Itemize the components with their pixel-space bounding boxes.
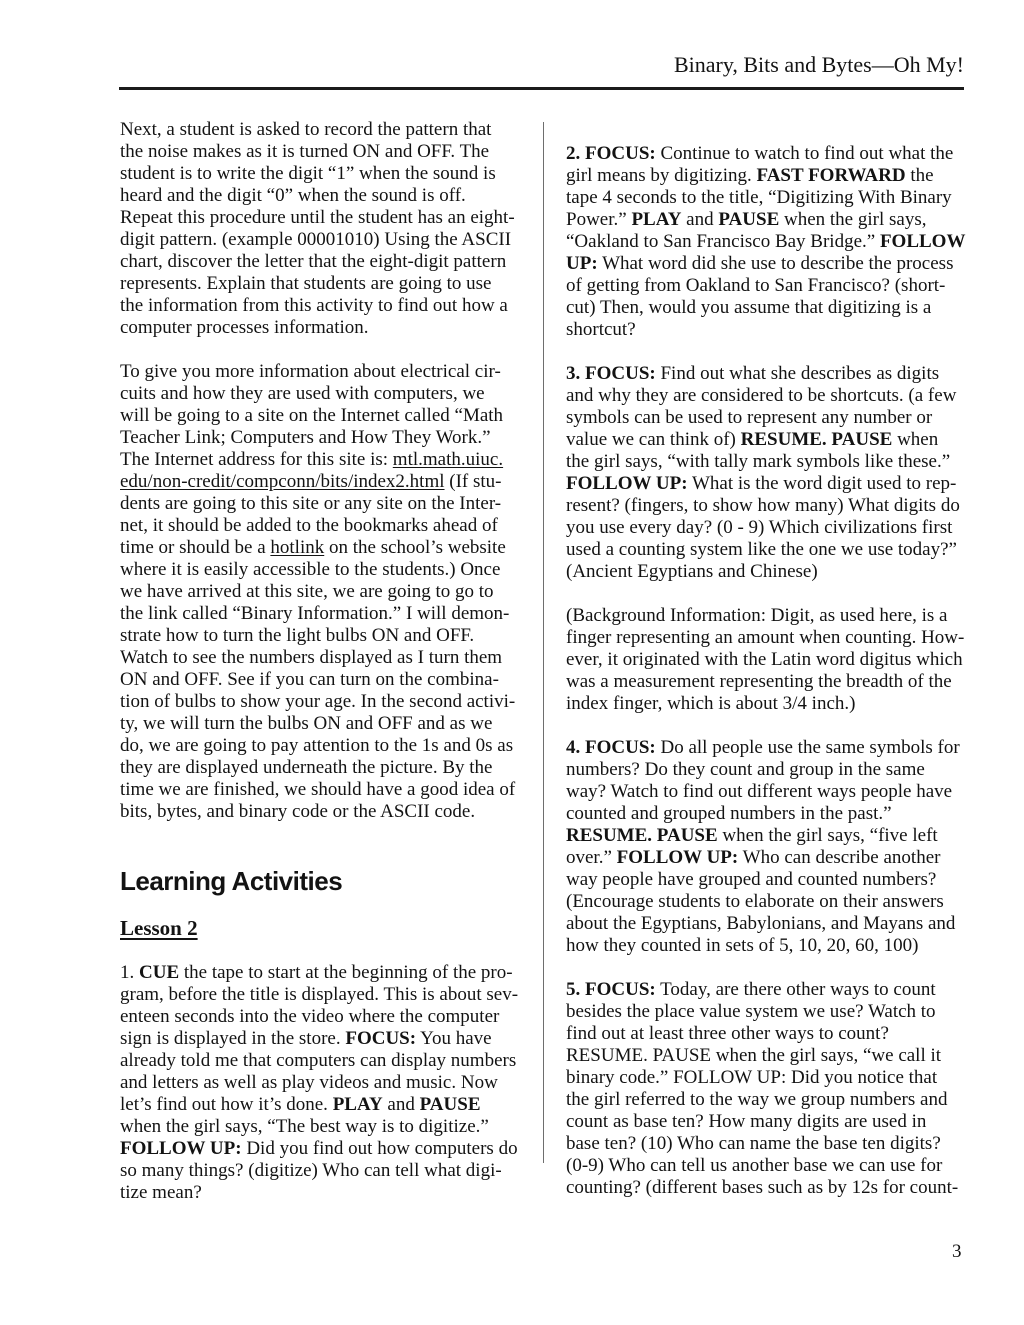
text-run: index finger, which is about 3/4 inch.)	[566, 693, 855, 714]
text-line: (Encourage students to elaborate on thei…	[566, 891, 976, 913]
text-run: Who can describe another	[738, 847, 940, 868]
text-line: counted and grouped numbers in the past.…	[566, 803, 976, 825]
bold-text-run: 4. FOCUS:	[566, 737, 656, 758]
text-line: ever, it originated with the Latin word …	[566, 649, 976, 671]
text-line: and why they are considered to be shortc…	[566, 385, 976, 407]
text-run: girl means by digitizing.	[566, 165, 757, 186]
text-line: 1. CUE the tape to start at the beginnin…	[120, 962, 544, 984]
text-run: when the girl says, “five left	[718, 825, 938, 846]
text-run: time we are finished, we should have a g…	[120, 779, 515, 800]
text-run: we have arrived at this site, we are goi…	[120, 581, 494, 602]
text-run: finger representing an amount when count…	[566, 627, 964, 648]
text-line: Repeat this procedure until the student …	[120, 207, 544, 229]
text-line: gram, before the title is displayed. Thi…	[120, 984, 544, 1006]
text-line: time we are finished, we should have a g…	[120, 779, 544, 801]
text-run: enteen seconds into the video where the …	[120, 1006, 499, 1027]
text-run: tape 4 seconds to the title, “Digitizing…	[566, 187, 952, 208]
text-run: besides the place value system we use? W…	[566, 1001, 936, 1022]
text-run: Today, are there other ways to count	[656, 979, 936, 1000]
text-run: the noise makes as it is turned ON and O…	[120, 141, 489, 162]
text-line: they are displayed underneath the pictur…	[120, 757, 544, 779]
text-line: symbols can be used to represent any num…	[566, 407, 976, 429]
text-run: let’s find out how it’s done.	[120, 1094, 333, 1115]
text-run: symbols can be used to represent any num…	[566, 407, 932, 428]
text-run: the girl referred to the way we group nu…	[566, 1089, 947, 1110]
text-run: cuits and how they are used with compute…	[120, 383, 485, 404]
text-run: dents are going to this site or any site…	[120, 493, 501, 514]
text-line: enteen seconds into the video where the …	[120, 1006, 544, 1028]
text-line: let’s find out how it’s done. PLAY and P…	[120, 1094, 544, 1116]
text-run: when the girl says,	[779, 209, 926, 230]
bold-text-run: FOLLOW	[880, 231, 966, 252]
text-line: find out at least three other ways to co…	[566, 1023, 976, 1045]
text-run: and why they are considered to be shortc…	[566, 385, 956, 406]
bold-text-run: RESUME. PAUSE	[741, 429, 893, 450]
text-run: the tape to start at the beginning of th…	[179, 962, 512, 983]
bold-text-run: RESUME. PAUSE	[566, 825, 718, 846]
bold-text-run: FOLLOW UP:	[617, 847, 739, 868]
text-line: tape 4 seconds to the title, “Digitizing…	[566, 187, 976, 209]
text-line: sign is displayed in the store. FOCUS: Y…	[120, 1028, 544, 1050]
text-run: numbers? Do they count and group in the …	[566, 759, 925, 780]
text-run: Do all people use the same symbols for	[656, 737, 960, 758]
paragraph: 4. FOCUS: Do all people use the same sym…	[566, 737, 976, 957]
bold-text-run: FOLLOW UP:	[120, 1138, 242, 1159]
text-line: counting? (different bases such as by 12…	[566, 1177, 976, 1199]
bold-text-run: FAST FORWARD	[757, 165, 906, 186]
bold-text-run: UP:	[566, 253, 598, 274]
text-run: Watch to see the numbers displayed as I …	[120, 647, 502, 668]
text-line: net, it should be added to the bookmarks…	[120, 515, 544, 537]
text-run: What word did she use to describe the pr…	[598, 253, 954, 274]
text-run: net, it should be added to the bookmarks…	[120, 515, 498, 536]
text-run: RESUME. PAUSE when the girl says, “we ca…	[566, 1045, 941, 1066]
text-line: when the girl says, “The best way is to …	[120, 1116, 544, 1138]
text-line: so many things? (digitize) Who can tell …	[120, 1160, 544, 1182]
bold-text-run: PLAY	[631, 209, 681, 230]
text-run: will be going to a site on the Internet …	[120, 405, 503, 426]
text-line: way people have grouped and counted numb…	[566, 869, 976, 891]
text-line: resent? (fingers, to show how many) What…	[566, 495, 976, 517]
text-run: on the school’s website	[324, 537, 506, 558]
text-run: base ten? (10) Who can name the base ten…	[566, 1133, 941, 1154]
url-text: hotlink	[270, 537, 324, 558]
text-run: To give you more information about elect…	[120, 361, 501, 382]
text-run: shortcut?	[566, 319, 636, 340]
text-line: ty, we will turn the bulbs ON and OFF an…	[120, 713, 544, 735]
text-line: Teacher Link; Computers and How They Wor…	[120, 427, 544, 449]
text-line: and letters as well as play videos and m…	[120, 1072, 544, 1094]
text-run: heard and the digit “0” when the sound i…	[120, 185, 466, 206]
paragraph: 1. CUE the tape to start at the beginnin…	[120, 962, 544, 1204]
text-run: and	[681, 209, 718, 230]
bold-text-run: PAUSE	[420, 1094, 481, 1115]
text-line: Watch to see the numbers displayed as I …	[120, 647, 544, 669]
text-line: numbers? Do they count and group in the …	[566, 759, 976, 781]
text-line: way? Watch to find out different ways pe…	[566, 781, 976, 803]
text-run: of getting from Oakland to San Francisco…	[566, 275, 945, 296]
text-line: RESUME. PAUSE when the girl says, “five …	[566, 825, 976, 847]
text-line: the noise makes as it is turned ON and O…	[120, 141, 544, 163]
text-line: index finger, which is about 3/4 inch.)	[566, 693, 976, 715]
text-run: You have	[416, 1028, 491, 1049]
text-line: 4. FOCUS: Do all people use the same sym…	[566, 737, 976, 759]
text-line: UP: What word did she use to describe th…	[566, 253, 976, 275]
paragraph: (Background Information: Digit, as used …	[566, 605, 976, 715]
text-line: used a counting system like the one we u…	[566, 539, 976, 561]
text-line: where it is easily accessible to the stu…	[120, 559, 544, 581]
text-run: tion of bulbs to show your age. In the s…	[120, 691, 515, 712]
text-run: you use every day? (0 - 9) Which civiliz…	[566, 517, 952, 538]
text-line: 2. FOCUS: Continue to watch to find out …	[566, 143, 976, 165]
text-run: represents. Explain that students are go…	[120, 273, 491, 294]
text-run: Did you find out how computers do	[242, 1138, 518, 1159]
text-run: ON and OFF. See if you can turn on the c…	[120, 669, 499, 690]
right-column: 2. FOCUS: Continue to watch to find out …	[566, 143, 976, 1221]
text-run: the information from this activity to fi…	[120, 295, 508, 316]
text-run: (If stu-	[445, 471, 502, 492]
text-line: count as base ten? How many digits are u…	[566, 1111, 976, 1133]
text-line: computer processes information.	[120, 317, 544, 339]
text-run: when the girl says, “The best way is to …	[120, 1116, 489, 1137]
bold-text-run: PLAY	[333, 1094, 383, 1115]
bold-text-run: 3. FOCUS:	[566, 363, 656, 384]
text-line: student is to write the digit “1” when t…	[120, 163, 544, 185]
text-line: binary code.” FOLLOW UP: Did you notice …	[566, 1067, 976, 1089]
text-run: ty, we will turn the bulbs ON and OFF an…	[120, 713, 492, 734]
text-line: about the Egyptians, Babylonians, and Ma…	[566, 913, 976, 935]
text-run: when	[892, 429, 938, 450]
paragraph: To give you more information about elect…	[120, 361, 544, 823]
text-run: The Internet address for this site is:	[120, 449, 393, 470]
text-line: already told me that computers can displ…	[120, 1050, 544, 1072]
text-line: was a measurement representing the bread…	[566, 671, 976, 693]
text-run: What is the word digit used to rep-	[688, 473, 957, 494]
url-text: mtl.math.uiuc.	[393, 449, 503, 470]
text-line: strate how to turn the light bulbs ON an…	[120, 625, 544, 647]
text-run: 1.	[120, 962, 139, 983]
text-line: the girl says, “with tally mark symbols …	[566, 451, 976, 473]
text-line: The Internet address for this site is: m…	[120, 449, 544, 471]
text-run: sign is displayed in the store.	[120, 1028, 345, 1049]
text-run: (Encourage students to elaborate on thei…	[566, 891, 944, 912]
text-run: find out at least three other ways to co…	[566, 1023, 889, 1044]
text-line: base ten? (10) Who can name the base ten…	[566, 1133, 976, 1155]
text-run: way? Watch to find out different ways pe…	[566, 781, 952, 802]
text-line: (Background Information: Digit, as used …	[566, 605, 976, 627]
text-run: Repeat this procedure until the student …	[120, 207, 515, 228]
text-line: finger representing an amount when count…	[566, 627, 976, 649]
text-line: To give you more information about elect…	[120, 361, 544, 383]
header-rule	[119, 87, 964, 90]
text-line: tion of bulbs to show your age. In the s…	[120, 691, 544, 713]
text-line: over.” FOLLOW UP: Who can describe anoth…	[566, 847, 976, 869]
text-line: RESUME. PAUSE when the girl says, “we ca…	[566, 1045, 976, 1067]
text-run: “Oakland to San Francisco Bay Bridge.”	[566, 231, 880, 252]
paragraph: Next, a student is asked to record the p…	[120, 119, 544, 339]
text-line: ON and OFF. See if you can turn on the c…	[120, 669, 544, 691]
text-line: of getting from Oakland to San Francisco…	[566, 275, 976, 297]
text-line: 3. FOCUS: Find out what she describes as…	[566, 363, 976, 385]
text-line: cut) Then, would you assume that digitiz…	[566, 297, 976, 319]
text-line: tize mean?	[120, 1182, 544, 1204]
paragraph: 5. FOCUS: Today, are there other ways to…	[566, 979, 976, 1199]
text-line: dents are going to this site or any site…	[120, 493, 544, 515]
text-line: 5. FOCUS: Today, are there other ways to…	[566, 979, 976, 1001]
text-run: digit pattern. (example 00001010) Using …	[120, 229, 511, 250]
text-line: Power.” PLAY and PAUSE when the girl say…	[566, 209, 976, 231]
text-line: edu/non-credit/compconn/bits/index2.html…	[120, 471, 544, 493]
text-line: the information from this activity to fi…	[120, 295, 544, 317]
text-run: do, we are going to pay attention to the…	[120, 735, 513, 756]
text-run: count as base ten? How many digits are u…	[566, 1111, 926, 1132]
bold-text-run: 5. FOCUS:	[566, 979, 656, 1000]
text-line: the link called “Binary Information.” I …	[120, 603, 544, 625]
text-run: strate how to turn the light bulbs ON an…	[120, 625, 474, 646]
text-run: where it is easily accessible to the stu…	[120, 559, 500, 580]
text-line: shortcut?	[566, 319, 976, 341]
text-run: Power.”	[566, 209, 631, 230]
text-run: so many things? (digitize) Who can tell …	[120, 1160, 502, 1181]
paragraph: 3. FOCUS: Find out what she describes as…	[566, 363, 976, 583]
text-run: and letters as well as play videos and m…	[120, 1072, 498, 1093]
text-run: about the Egyptians, Babylonians, and Ma…	[566, 913, 955, 934]
text-run: the girl says, “with tally mark symbols …	[566, 451, 950, 472]
text-run: (Background Information: Digit, as used …	[566, 605, 947, 626]
text-line: cuits and how they are used with compute…	[120, 383, 544, 405]
text-run: counting? (different bases such as by 12…	[566, 1177, 958, 1198]
text-run: binary code.” FOLLOW UP: Did you notice …	[566, 1067, 937, 1088]
page-number: 3	[952, 1241, 962, 1263]
text-run: they are displayed underneath the pictur…	[120, 757, 492, 778]
text-line: chart, discover the letter that the eigh…	[120, 251, 544, 273]
text-run: how they counted in sets of 5, 10, 20, 6…	[566, 935, 919, 956]
text-line: you use every day? (0 - 9) Which civiliz…	[566, 517, 976, 539]
bold-text-run: CUE	[139, 962, 179, 983]
bold-text-run: FOLLOW UP:	[566, 473, 688, 494]
lesson-heading: Lesson 2	[120, 916, 544, 940]
text-run: bits, bytes, and binary code or the ASCI…	[120, 801, 475, 822]
text-run: gram, before the title is displayed. Thi…	[120, 984, 518, 1005]
text-line: how they counted in sets of 5, 10, 20, 6…	[566, 935, 976, 957]
text-run: resent? (fingers, to show how many) What…	[566, 495, 960, 516]
text-line: FOLLOW UP: Did you find out how computer…	[120, 1138, 544, 1160]
left-column: Next, a student is asked to record the p…	[120, 119, 544, 1226]
text-run: Next, a student is asked to record the p…	[120, 119, 491, 140]
text-run: tize mean?	[120, 1182, 202, 1203]
text-run: was a measurement representing the bread…	[566, 671, 952, 692]
text-line: represents. Explain that students are go…	[120, 273, 544, 295]
text-line: heard and the digit “0” when the sound i…	[120, 185, 544, 207]
bold-text-run: FOCUS:	[345, 1028, 416, 1049]
text-line: will be going to a site on the Internet …	[120, 405, 544, 427]
text-run: time or should be a	[120, 537, 270, 558]
text-line: girl means by digitizing. FAST FORWARD t…	[566, 165, 976, 187]
text-line: value we can think of) RESUME. PAUSE whe…	[566, 429, 976, 451]
text-run: counted and grouped numbers in the past.…	[566, 803, 892, 824]
text-line: (0-9) Who can tell us another base we ca…	[566, 1155, 976, 1177]
text-line: Next, a student is asked to record the p…	[120, 119, 544, 141]
paragraph: 2. FOCUS: Continue to watch to find out …	[566, 143, 976, 341]
text-run: the	[906, 165, 934, 186]
bold-text-run: PAUSE	[718, 209, 779, 230]
text-line: time or should be a hotlink on the schoo…	[120, 537, 544, 559]
text-run: Continue to watch to find out what the	[656, 143, 954, 164]
text-line: digit pattern. (example 00001010) Using …	[120, 229, 544, 251]
text-run: computer processes information.	[120, 317, 369, 338]
text-run: the link called “Binary Information.” I …	[120, 603, 509, 624]
text-line: “Oakland to San Francisco Bay Bridge.” F…	[566, 231, 976, 253]
text-run: chart, discover the letter that the eigh…	[120, 251, 506, 272]
text-run: way people have grouped and counted numb…	[566, 869, 936, 890]
text-line: FOLLOW UP: What is the word digit used t…	[566, 473, 976, 495]
bold-text-run: 2. FOCUS:	[566, 143, 656, 164]
text-run: used a counting system like the one we u…	[566, 539, 957, 560]
text-line: the girl referred to the way we group nu…	[566, 1089, 976, 1111]
text-run: Find out what she describes as digits	[656, 363, 939, 384]
text-line: we have arrived at this site, we are goi…	[120, 581, 544, 603]
text-run: already told me that computers can displ…	[120, 1050, 516, 1071]
url-text: edu/non-credit/compconn/bits/index2.html	[120, 471, 445, 492]
text-line: (Ancient Egyptians and Chinese)	[566, 561, 976, 583]
text-line: do, we are going to pay attention to the…	[120, 735, 544, 757]
document-title: Binary, Bits and Bytes—Oh My!	[674, 52, 964, 78]
text-run: Teacher Link; Computers and How They Wor…	[120, 427, 491, 448]
text-run: ever, it originated with the Latin word …	[566, 649, 963, 670]
text-run: (0-9) Who can tell us another base we ca…	[566, 1155, 942, 1176]
text-run: cut) Then, would you assume that digitiz…	[566, 297, 931, 318]
document-page: Binary, Bits and Bytes—Oh My! Next, a st…	[0, 0, 1024, 1325]
text-line: besides the place value system we use? W…	[566, 1001, 976, 1023]
text-run: (Ancient Egyptians and Chinese)	[566, 561, 818, 582]
text-run: student is to write the digit “1” when t…	[120, 163, 496, 184]
text-run: over.”	[566, 847, 617, 868]
text-run: and	[383, 1094, 420, 1115]
text-line: bits, bytes, and binary code or the ASCI…	[120, 801, 544, 823]
section-heading: Learning Activities	[120, 866, 544, 896]
text-run: value we can think of)	[566, 429, 741, 450]
